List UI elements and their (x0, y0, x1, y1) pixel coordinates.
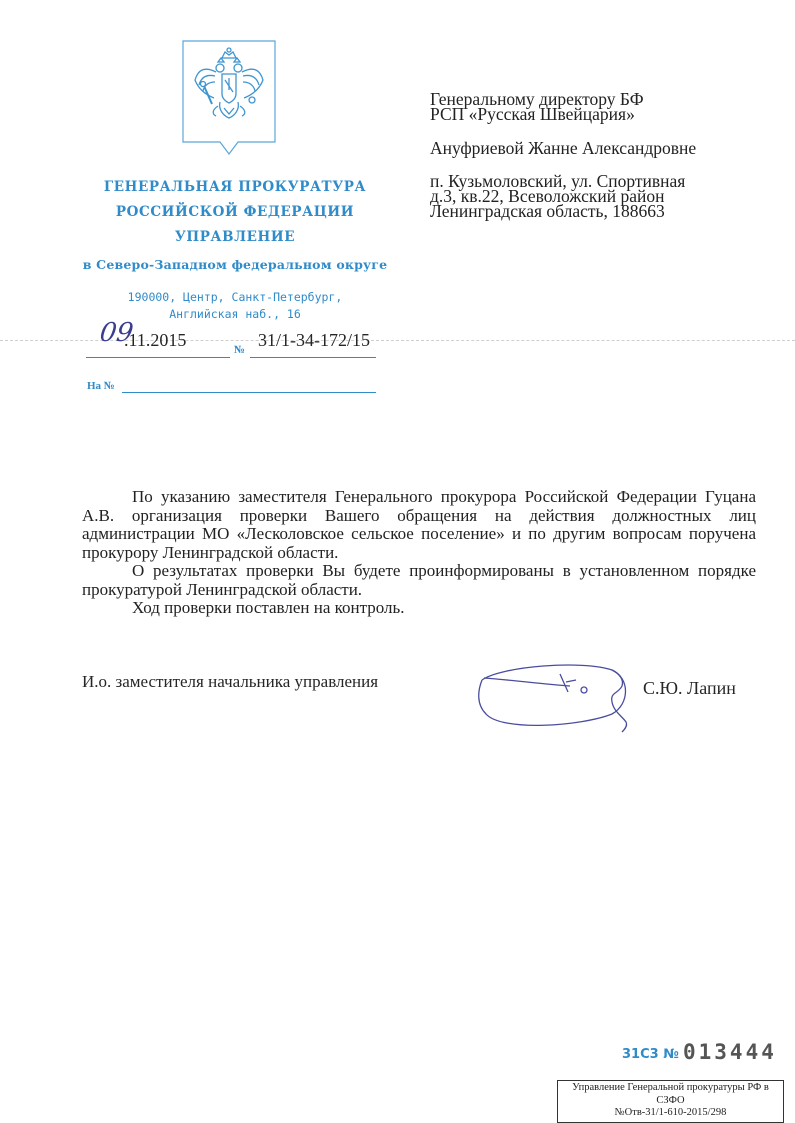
org-address-line1: 190000, Центр, Санкт-Петербург, (80, 290, 390, 304)
registration-stamp: Управление Генеральной прокуратуры РФ в … (557, 1080, 784, 1123)
date-underline (86, 357, 230, 358)
signatory-position: И.о. заместителя начальника управления (82, 672, 378, 692)
body-paragraph-2: О результатах проверки Вы будете проинфо… (82, 562, 756, 599)
org-name-line1: ГЕНЕРАЛЬНАЯ ПРОКУРАТУРА (80, 179, 390, 195)
reply-to-underline (122, 392, 376, 393)
org-name-line3: УПРАВЛЕНИЕ (80, 229, 390, 245)
recipient-address3: Ленинградская область, 188663 (430, 203, 665, 219)
stamp-line1: Управление Генеральной прокуратуры РФ в (558, 1082, 783, 1095)
letter-body: По указанию заместителя Генерального про… (82, 488, 756, 618)
number-underline (250, 357, 376, 358)
stamp-line3: №Отв-31/1-610-2015/298 (558, 1107, 783, 1120)
number-label: № (234, 344, 245, 356)
recipient-name: Ануфриевой Жанне Александровне (430, 140, 696, 156)
serial-number: 013444 (683, 1040, 777, 1064)
body-paragraph-3: Ход проверки поставлен на контроль. (82, 599, 756, 618)
body-paragraph-1: По указанию заместителя Генерального про… (82, 488, 756, 562)
letter-date: .11.2015 (124, 330, 186, 351)
russian-coat-of-arms-icon (182, 40, 276, 156)
emblem-frame (182, 40, 276, 156)
handwritten-signature-icon (472, 652, 642, 739)
outgoing-number: 31/1-34-172/15 (258, 330, 370, 351)
recipient-line2: РСП «Русская Швейцария» (430, 106, 635, 122)
serial-prefix: 31С3 № (622, 1047, 679, 1062)
stamp-line2: СЗФО (558, 1095, 783, 1108)
org-name-line2: РОССИЙСКОЙ ФЕДЕРАЦИИ (80, 204, 390, 220)
reply-to-label: На № (87, 380, 115, 392)
org-name-line4: в Северо-Западном федеральном округе (80, 257, 390, 272)
signatory-name: С.Ю. Лапин (643, 678, 736, 699)
